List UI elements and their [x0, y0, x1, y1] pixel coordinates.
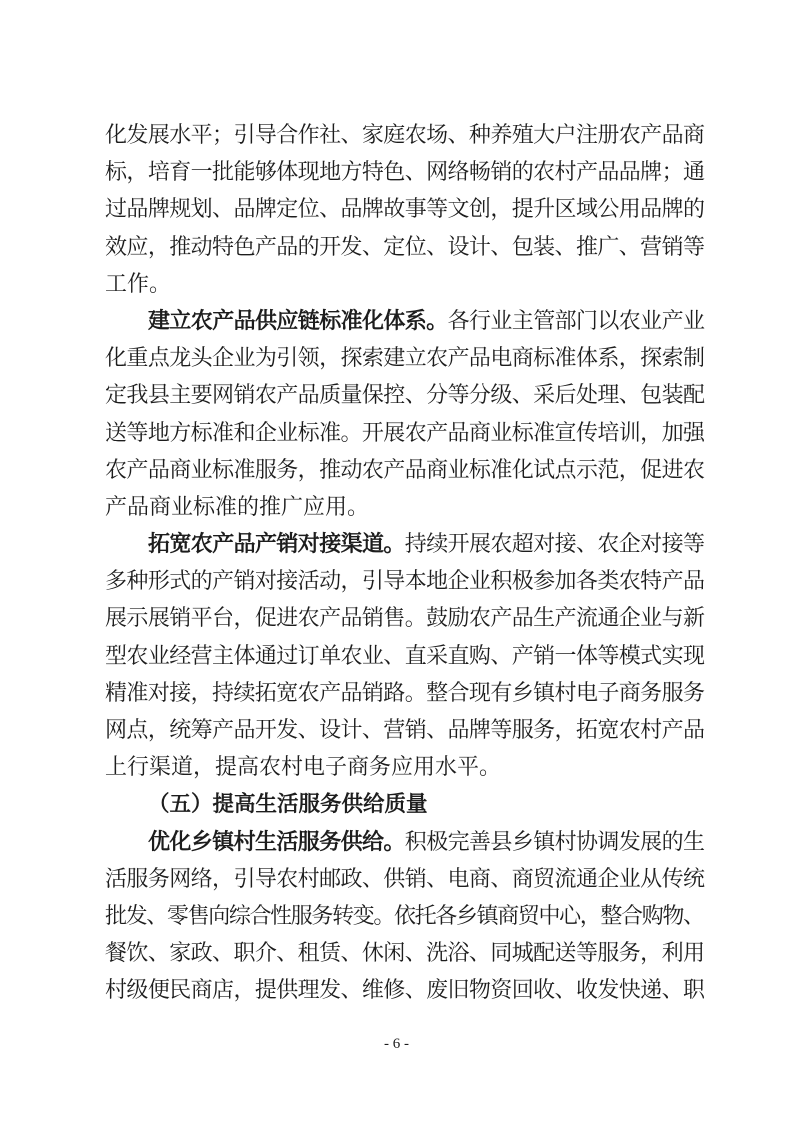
line-text: 送等地方标准和企业标准。开展农产品商业标准宣传培训，加强 — [105, 420, 704, 445]
body-text: 上行渠道，提高农村电子商务应用水平。 — [105, 754, 501, 779]
text-line: 型农业经营主体通过订单农业、直采直购、产销一体等模式实现 — [105, 637, 705, 674]
text-line: 产品商业标准的推广应用。 — [105, 488, 705, 525]
body-text: 展示展销平台，促进农产品销售。鼓励农产品生产流通企业与新 — [105, 605, 704, 630]
body-text: 积极完善县乡镇村协调发展的生 — [405, 829, 705, 854]
body-text: 持续开展农超对接、农企对接等 — [405, 531, 705, 556]
line-text: 工作。 — [105, 271, 171, 296]
text-line: 工作。 — [105, 265, 705, 302]
body-text: 工作。 — [105, 271, 171, 296]
body-text: 产品商业标准的推广应用。 — [105, 494, 369, 519]
text-line: 活服务网络，引导农村邮政、供销、电商、商贸流通企业从传统 — [105, 860, 705, 897]
line-text: 建立农产品供应链标准化体系。各行业主管部门以农业产业 — [148, 308, 704, 333]
body-text: 批发、零售向综合性服务转变。依托各乡镇商贸中心，整合购物、 — [105, 903, 704, 928]
bold-lead-text: 拓宽农产品产销对接渠道。 — [148, 531, 405, 556]
heading-section-five: （五）提高生活服务供给质量 — [105, 785, 705, 822]
body-text: 网点，统筹产品开发、设计、营销、品牌等服务，拓宽农村产品 — [105, 717, 704, 742]
text-line: 上行渠道，提高农村电子商务应用水平。 — [105, 748, 705, 785]
body-text: 农产品商业标准服务，推动农产品商业标准化试点示范，促进农 — [105, 457, 704, 482]
body-text: 送等地方标准和企业标准。开展农产品商业标准宣传培训，加强 — [105, 420, 704, 445]
body-text: 多种形式的产销对接活动，引导本地企业积极参加各类农特产品 — [105, 568, 704, 593]
body-text: 活服务网络，引导农村邮政、供销、电商、商贸流通企业从传统 — [105, 866, 704, 891]
body-text: 化发展水平；引导合作社、家庭农场、种养殖大户注册农产品商 — [105, 122, 704, 147]
para-production-marketing-channels: 拓宽农产品产销对接渠道。持续开展农超对接、农企对接等多种形式的产销对接活动，引导… — [105, 525, 705, 785]
line-text: 型农业经营主体通过订单农业、直采直购、产销一体等模式实现 — [105, 643, 704, 668]
line-text: 化重点龙头企业为引领，探索建立农产品电商标准体系，探索制 — [105, 345, 704, 370]
text-line: 标，培育一批能够体现地方特色、网络畅销的农村产品品牌；通 — [105, 153, 705, 190]
text-line: 精准对接，持续拓宽农产品销路。整合现有乡镇村电子商务服务 — [105, 674, 705, 711]
para-product-branding-continuation: 化发展水平；引导合作社、家庭农场、种养殖大户注册农产品商标，培育一批能够体现地方… — [105, 116, 705, 302]
text-line: 餐饮、家政、职介、租赁、休闲、洗浴、同城配送等服务，利用 — [105, 934, 705, 971]
body-text: 型农业经营主体通过订单农业、直采直购、产销一体等模式实现 — [105, 643, 704, 668]
para-life-service-supply: 优化乡镇村生活服务供给。积极完善县乡镇村协调发展的生活服务网络，引导农村邮政、供… — [105, 823, 705, 1009]
line-text: 化发展水平；引导合作社、家庭农场、种养殖大户注册农产品商 — [105, 122, 704, 147]
text-line: 过品牌规划、品牌定位、品牌故事等文创，提升区域公用品牌的 — [105, 190, 705, 227]
text-line: 拓宽农产品产销对接渠道。持续开展农超对接、农企对接等 — [105, 525, 705, 562]
body-text: 餐饮、家政、职介、租赁、休闲、洗浴、同城配送等服务，利用 — [105, 940, 704, 965]
line-text: （五）提高生活服务供给质量 — [148, 792, 428, 816]
line-text: 效应，推动特色产品的开发、定位、设计、包装、推广、营销等 — [105, 234, 704, 259]
text-line: 效应，推动特色产品的开发、定位、设计、包装、推广、营销等 — [105, 228, 705, 265]
bold-lead-text: （五）提高生活服务供给质量 — [148, 792, 428, 816]
line-text: 网点，统筹产品开发、设计、营销、品牌等服务，拓宽农村产品 — [105, 717, 704, 742]
page-number: - 6 - — [0, 1036, 793, 1053]
body-text: 过品牌规划、品牌定位、品牌故事等文创，提升区域公用品牌的 — [105, 196, 704, 221]
line-text: 拓宽农产品产销对接渠道。持续开展农超对接、农企对接等 — [148, 531, 704, 556]
line-text: 多种形式的产销对接活动，引导本地企业积极参加各类农特产品 — [105, 568, 704, 593]
text-line: 优化乡镇村生活服务供给。积极完善县乡镇村协调发展的生 — [105, 823, 705, 860]
text-line: 展示展销平台，促进农产品销售。鼓励农产品生产流通企业与新 — [105, 599, 705, 636]
text-line: 建立农产品供应链标准化体系。各行业主管部门以农业产业 — [105, 302, 705, 339]
line-text: 村级便民商店，提供理发、维修、废旧物资回收、收发快递、职 — [105, 977, 704, 1002]
text-line: （五）提高生活服务供给质量 — [105, 785, 705, 822]
text-block: 化发展水平；引导合作社、家庭农场、种养殖大户注册农产品商标，培育一批能够体现地方… — [105, 116, 705, 1009]
text-line: 定我县主要网销农产品质量保控、分等分级、采后处理、包装配 — [105, 376, 705, 413]
body-text: 标，培育一批能够体现地方特色、网络畅销的农村产品品牌；通 — [105, 159, 704, 184]
line-text: 上行渠道，提高农村电子商务应用水平。 — [105, 754, 501, 779]
body-text: 村级便民商店，提供理发、维修、废旧物资回收、收发快递、职 — [105, 977, 704, 1002]
body-text: 效应，推动特色产品的开发、定位、设计、包装、推广、营销等 — [105, 234, 704, 259]
text-line: 村级便民商店，提供理发、维修、废旧物资回收、收发快递、职 — [105, 971, 705, 1008]
text-line: 化重点龙头企业为引领，探索建立农产品电商标准体系，探索制 — [105, 339, 705, 376]
text-line: 网点，统筹产品开发、设计、营销、品牌等服务，拓宽农村产品 — [105, 711, 705, 748]
bold-lead-text: 优化乡镇村生活服务供给。 — [148, 829, 405, 854]
line-text: 农产品商业标准服务，推动农产品商业标准化试点示范，促进农 — [105, 457, 704, 482]
line-text: 定我县主要网销农产品质量保控、分等分级、采后处理、包装配 — [105, 382, 704, 407]
line-text: 产品商业标准的推广应用。 — [105, 494, 369, 519]
line-text: 展示展销平台，促进农产品销售。鼓励农产品生产流通企业与新 — [105, 605, 704, 630]
para-supply-chain-standards: 建立农产品供应链标准化体系。各行业主管部门以农业产业化重点龙头企业为引领，探索建… — [105, 302, 705, 525]
line-text: 优化乡镇村生活服务供给。积极完善县乡镇村协调发展的生 — [148, 829, 704, 854]
line-text: 批发、零售向综合性服务转变。依托各乡镇商贸中心，整合购物、 — [105, 903, 704, 928]
body-text: 各行业主管部门以农业产业 — [448, 308, 705, 333]
text-line: 送等地方标准和企业标准。开展农产品商业标准宣传培训，加强 — [105, 414, 705, 451]
line-text: 过品牌规划、品牌定位、品牌故事等文创，提升区域公用品牌的 — [105, 196, 704, 221]
bold-lead-text: 建立农产品供应链标准化体系。 — [148, 308, 448, 333]
line-text: 精准对接，持续拓宽农产品销路。整合现有乡镇村电子商务服务 — [105, 680, 704, 705]
text-line: 农产品商业标准服务，推动农产品商业标准化试点示范，促进农 — [105, 451, 705, 488]
body-text: 精准对接，持续拓宽农产品销路。整合现有乡镇村电子商务服务 — [105, 680, 704, 705]
text-line: 批发、零售向综合性服务转变。依托各乡镇商贸中心，整合购物、 — [105, 897, 705, 934]
line-text: 标，培育一批能够体现地方特色、网络畅销的农村产品品牌；通 — [105, 159, 704, 184]
text-line: 多种形式的产销对接活动，引导本地企业积极参加各类农特产品 — [105, 562, 705, 599]
body-text: 定我县主要网销农产品质量保控、分等分级、采后处理、包装配 — [105, 382, 704, 407]
text-line: 化发展水平；引导合作社、家庭农场、种养殖大户注册农产品商 — [105, 116, 705, 153]
document-page: 化发展水平；引导合作社、家庭农场、种养殖大户注册农产品商标，培育一批能够体现地方… — [0, 0, 793, 1122]
line-text: 餐饮、家政、职介、租赁、休闲、洗浴、同城配送等服务，利用 — [105, 940, 704, 965]
body-text: 化重点龙头企业为引领，探索建立农产品电商标准体系，探索制 — [105, 345, 704, 370]
line-text: 活服务网络，引导农村邮政、供销、电商、商贸流通企业从传统 — [105, 866, 704, 891]
